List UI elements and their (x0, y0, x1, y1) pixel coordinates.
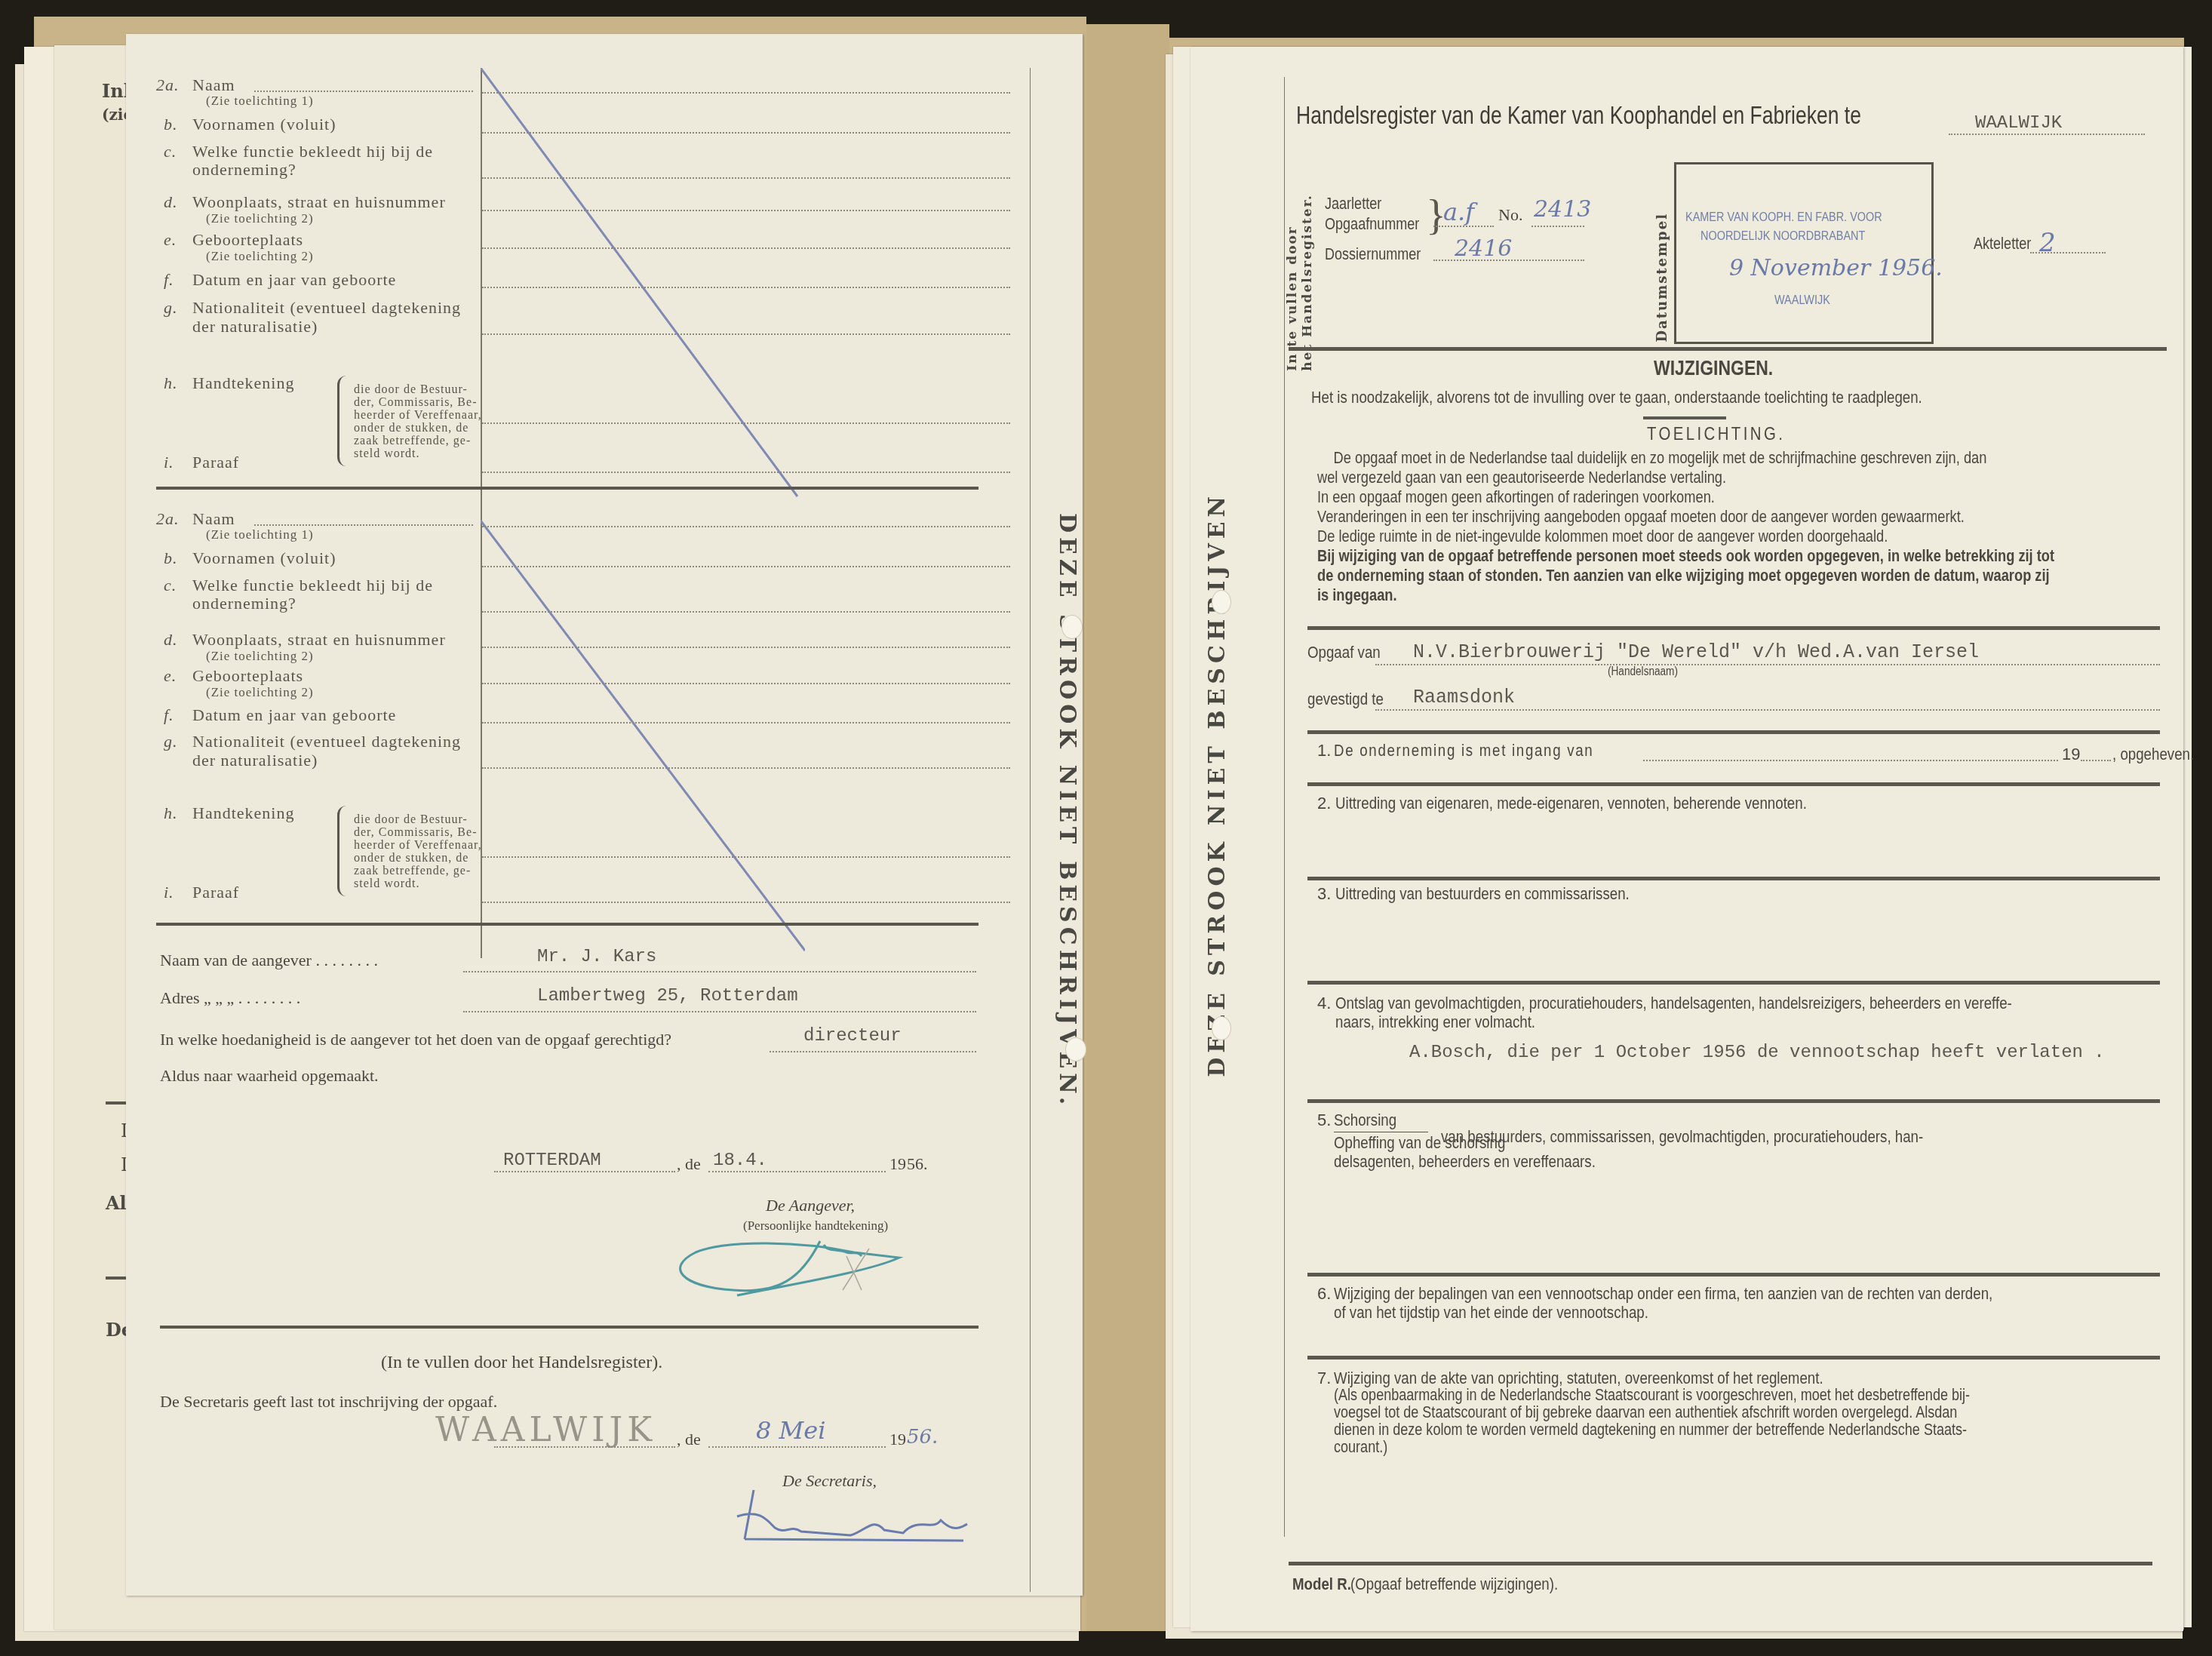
field-note: (Zie toelichting 2) (206, 685, 314, 700)
section-title: WIJZIGINGEN. (1654, 356, 1773, 380)
field-label-geboorteplaats: Geboorteplaats (192, 230, 303, 250)
item-1-date-line (1643, 760, 2058, 761)
stamp-city: WAALWIJK (1774, 293, 1830, 308)
field-note: (Zie toelichting 2) (206, 211, 314, 226)
opgaafnummer-label: Opgaafnummer (1325, 214, 1419, 234)
fill-line (482, 422, 1010, 424)
opgaaf-van-value[interactable]: N.V.Bierbrouwerij "De Wereld" v/h Wed.A.… (1413, 641, 1979, 663)
date-value[interactable]: 18.4. (713, 1151, 767, 1171)
field-label-geboortedatum: Datum en jaar van geboorte (192, 270, 396, 290)
field-label-woonplaats: Woonplaats, straat en huisnummer (192, 630, 446, 650)
notice-text: Het is noodzakelijk, alvorens tot de inv… (1311, 388, 1922, 407)
item-3-text: Uittreding van bestuurders en commissari… (1335, 884, 1630, 904)
registry-instruction: De Secretaris geeft last tot inschrijvin… (160, 1392, 497, 1412)
fill-line (482, 333, 1010, 335)
datumstempel-label: Datumstempel (1654, 213, 1670, 343)
de-label: , de (677, 1154, 701, 1174)
handelsnaam-note: (Handelsnaam) (1608, 665, 1678, 679)
field-key: 2a. (156, 75, 180, 95)
item-7-num: 7. (1317, 1369, 1331, 1388)
header-city-value[interactable]: WAALWIJK (1975, 113, 2062, 134)
item-5-fraction-line (1334, 1132, 1428, 1132)
fill-line (482, 210, 1010, 211)
opgaafnummer-value[interactable]: 2413 (1534, 196, 1591, 223)
year-suffix[interactable]: 56. (907, 1154, 928, 1174)
jaarletter-label: Jaarletter (1325, 194, 1381, 214)
toelichting-title: TOELICHTING. (1647, 424, 1785, 445)
fill-line (482, 132, 1010, 134)
person-block-2: 2a. Naam (Zie toelichting 1) b. Voorname… (156, 502, 1031, 947)
fill-line (482, 247, 1010, 249)
field-note: (Zie toelichting 2) (206, 649, 314, 664)
registry-side-label: In te vullen doorhet Handelsregister. (1285, 194, 1315, 371)
field-key: e. (164, 230, 177, 250)
fill-line (482, 92, 1010, 94)
toelichting-rule (1307, 626, 2160, 630)
item-5-text: Schorsing (1334, 1111, 1396, 1130)
field-label-naam: Naam (192, 75, 235, 95)
field-label-geboortedatum: Datum en jaar van geboorte (192, 705, 396, 725)
field-label-functie-2: onderneming? (192, 594, 296, 613)
registry-date-line (708, 1446, 886, 1448)
field-label-nationaliteit-2: der naturalisatie) (192, 751, 318, 770)
folder-spine (1086, 24, 1169, 1631)
declarant-signer-note: (Persoonlijke handtekening) (743, 1218, 888, 1234)
punch-hole (1065, 1037, 1086, 1061)
item-rule (1307, 1356, 2160, 1360)
field-key: h. (164, 373, 178, 393)
field-label-handtekening: Handtekening (192, 373, 294, 393)
declarant-signer-title: De Aangever, (766, 1196, 855, 1215)
registry-stamp-place: WAALWIJK (435, 1411, 656, 1449)
declarant-name-label: Naam van de aangever . . . . . . . . (160, 951, 378, 970)
field-note: (Zie toelichting 2) (206, 249, 314, 264)
item-6-text-2: of van het tijdstip van het einde der ve… (1334, 1303, 1648, 1323)
brace-note: die door de Bestuur- der, Commissaris, B… (354, 383, 482, 460)
no-label: No. (1498, 205, 1522, 225)
punch-hole (1212, 590, 1231, 614)
field-key: c. (164, 576, 177, 595)
item-6-text: Wijziging der bepalingen van een vennoot… (1334, 1284, 1992, 1304)
brace-note: die door de Bestuur- der, Commissaris, B… (354, 813, 482, 890)
declarant-name-line (463, 971, 976, 972)
item-3-num: 3. (1317, 884, 1331, 904)
field-key: g. (164, 732, 178, 751)
declarant-capacity-line (770, 1051, 976, 1052)
opgaafnummer-line (1532, 226, 1584, 227)
item-6-num: 6. (1317, 1284, 1331, 1304)
field-label-functie-2: onderneming? (192, 160, 296, 180)
gevestigd-label: gevestigd te (1307, 690, 1384, 709)
field-key: 2a. (156, 509, 180, 529)
item-1-suffix: , opgeheven. (2112, 745, 2194, 764)
footer-model: Model R. (1292, 1575, 1351, 1594)
header-city-line (1949, 134, 2145, 135)
gevestigd-line (1375, 709, 2160, 711)
place-line (494, 1171, 675, 1172)
opgaaf-van-line (1375, 664, 2160, 665)
registry-date-value[interactable]: 8 Mei (756, 1416, 825, 1445)
fill-line (482, 767, 1010, 769)
field-key: h. (164, 803, 178, 823)
field-key: f. (164, 270, 174, 290)
fill-line (482, 683, 1010, 684)
secretary-signature (714, 1486, 986, 1562)
footer-rule (1289, 1562, 2152, 1565)
field-key: f. (164, 705, 174, 725)
item-4-text: Ontslag van gevolmachtigden, procuratieh… (1335, 994, 2012, 1013)
brace (337, 376, 349, 466)
fill-line (482, 856, 1010, 858)
fill-line (482, 566, 1010, 567)
item-4-text-2: naars, intrekking ener volmacht. (1335, 1012, 1535, 1032)
registry-heading: (In te vullen door het Handelsregister). (381, 1353, 662, 1373)
fill-line (482, 647, 1010, 648)
registry-year-prefix: 19 (889, 1430, 906, 1449)
right-form-sheet: DEZE STROOK NIET BESCHRIJVEN Handelsregi… (1190, 47, 2183, 1631)
field-label-paraaf: Paraaf (192, 453, 239, 472)
person-block-1: 2a. Naam (Zie toelichting 1) b. Voorname… (156, 68, 1031, 498)
field-label-voornamen: Voornamen (voluit) (192, 548, 336, 568)
field-key: b. (164, 115, 178, 134)
item-5-text-cont: van bestuurders, commissarissen, gevolma… (1441, 1127, 1923, 1147)
declarant-capacity-value[interactable]: directeur (803, 1026, 902, 1046)
year-prefix: 19 (889, 1154, 906, 1174)
item-1-num: 1. (1317, 741, 1331, 760)
back-sheet-rule (106, 1277, 128, 1280)
declarant-signature (665, 1234, 922, 1309)
item-1-text: De onderneming is met ingang van (1334, 741, 1593, 760)
item-5-num: 5. (1317, 1111, 1331, 1130)
place-value[interactable]: ROTTERDAM (503, 1151, 601, 1171)
stamp-line-2: NOORDELIJK NOORDBRABANT (1700, 229, 1865, 244)
fill-line (482, 722, 1010, 724)
field-key: b. (164, 548, 178, 568)
short-rule (1643, 416, 1726, 419)
field-label-nationaliteit-2: der naturalisatie) (192, 317, 318, 336)
declarant-address-value[interactable]: Lambertweg 25, Rotterdam (537, 986, 798, 1006)
footer-note: (Opgaaf betreffende wijzigingen). (1350, 1575, 1558, 1594)
field-label-voornamen: Voornamen (voluit) (192, 115, 336, 134)
field-label-nationaliteit: Nationaliteit (eventueel dagtekening (192, 298, 461, 318)
strip-warning-right: DEZE STROOK NIET BESCHRIJVEN (1204, 492, 1230, 1077)
registry-de-label: , de (677, 1430, 701, 1449)
leader-dots (254, 91, 473, 92)
dossiernummer-label: Dossiernummer (1325, 244, 1421, 264)
registry-separator (160, 1326, 979, 1329)
gevestigd-value[interactable]: Raamsdonk (1413, 687, 1515, 708)
item-4-num: 4. (1317, 994, 1331, 1013)
fill-line (482, 472, 1010, 473)
registry-year-suffix[interactable]: 56. (907, 1426, 938, 1449)
item-2-text: Uittreding van eigenaren, mede-eigenaren… (1335, 794, 1807, 813)
akteletter-value[interactable]: 2 (2039, 228, 2056, 258)
opgaaf-van-label: Opgaaf van (1307, 643, 1381, 662)
field-key: g. (164, 298, 178, 318)
field-label-nationaliteit: Nationaliteit (eventueel dagtekening (192, 732, 461, 751)
declarant-name-value[interactable]: Mr. J. Kars (537, 947, 656, 967)
field-key: i. (164, 453, 174, 472)
brace (337, 806, 349, 896)
date-line (708, 1171, 886, 1172)
fill-line (482, 902, 1010, 903)
toelichting-body: De opgaaf moet in de Nederlandse taal du… (1317, 448, 2194, 605)
block-separator (156, 487, 979, 490)
item-7-body: (Als openbaarmaking in de Nederlandsche … (1334, 1386, 1970, 1455)
item-5-text-2: delsagenten, beheerders en vereffenaars. (1334, 1152, 1596, 1172)
registry-place-line (494, 1446, 675, 1448)
dossiernummer-value[interactable]: 2416 (1455, 235, 1512, 262)
item-1-year-line (2081, 760, 2111, 761)
strip-warning-left: DEZE STROOK NIET BESCHRIJVEN. (1054, 513, 1080, 1109)
field-note: (Zie toelichting 1) (206, 527, 314, 542)
item-rule (1307, 1099, 2160, 1103)
fill-line (482, 526, 1010, 527)
item-rule (1307, 1273, 2160, 1277)
header-rule (1289, 347, 2167, 351)
leader-dots (254, 524, 473, 526)
field-label-handtekening: Handtekening (192, 803, 294, 823)
item-rule (1307, 981, 2160, 985)
item-rule (1307, 782, 2160, 786)
field-key: d. (164, 192, 178, 212)
field-label-naam: Naam (192, 509, 235, 529)
declarant-address-line (463, 1011, 976, 1012)
field-label-paraaf: Paraaf (192, 883, 239, 902)
punch-hole (1212, 1016, 1231, 1040)
header-title: Handelsregister van de Kamer van Koophan… (1296, 101, 1861, 131)
stamp-date[interactable]: 9 November 1956. (1729, 255, 1943, 281)
item-1-year: 19 (2062, 745, 2080, 764)
field-label-woonplaats: Woonplaats, straat en huisnummer (192, 192, 446, 212)
stamp-line-1: KAMER VAN KOOPH. EN FABR. VOOR (1685, 210, 1882, 225)
declarant-capacity-label: In welke hoedanigheid is de aangever tot… (160, 1030, 671, 1049)
item-2-num: 2. (1317, 794, 1331, 813)
fill-line (482, 287, 1010, 288)
punch-hole (1061, 615, 1083, 639)
field-key: c. (164, 142, 177, 161)
item-rule (1307, 877, 2160, 880)
field-key: d. (164, 630, 178, 650)
fill-line (482, 611, 1010, 613)
field-label-functie: Welke functie bekleedt hij bij de (192, 576, 433, 595)
item-rule (1307, 730, 2160, 734)
item-4-entry[interactable]: A.Bosch, die per 1 October 1956 de venno… (1409, 1043, 2105, 1063)
fill-line (482, 177, 1010, 179)
field-label-functie: Welke functie bekleedt hij bij de (192, 142, 433, 161)
block-separator (156, 923, 979, 926)
field-note: (Zie toelichting 1) (206, 94, 314, 109)
akteletter-label: Akteletter (1974, 234, 2031, 253)
declarant-address-label: Adres „ „ „ . . . . . . . . (160, 988, 300, 1008)
truth-statement: Aldus naar waarheid opgemaakt. (160, 1066, 379, 1086)
field-key: i. (164, 883, 174, 902)
left-form-sheet: 2a. Naam (Zie toelichting 1) b. Voorname… (126, 34, 1083, 1596)
back-sheet-rule (106, 1101, 128, 1105)
field-key: e. (164, 666, 177, 686)
field-label-geboorteplaats: Geboorteplaats (192, 666, 303, 686)
jaarletter-value[interactable]: a.f (1443, 198, 1474, 226)
date-stamp-box: KAMER VAN KOOPH. EN FABR. VOOR NOORDELIJ… (1674, 162, 1934, 344)
